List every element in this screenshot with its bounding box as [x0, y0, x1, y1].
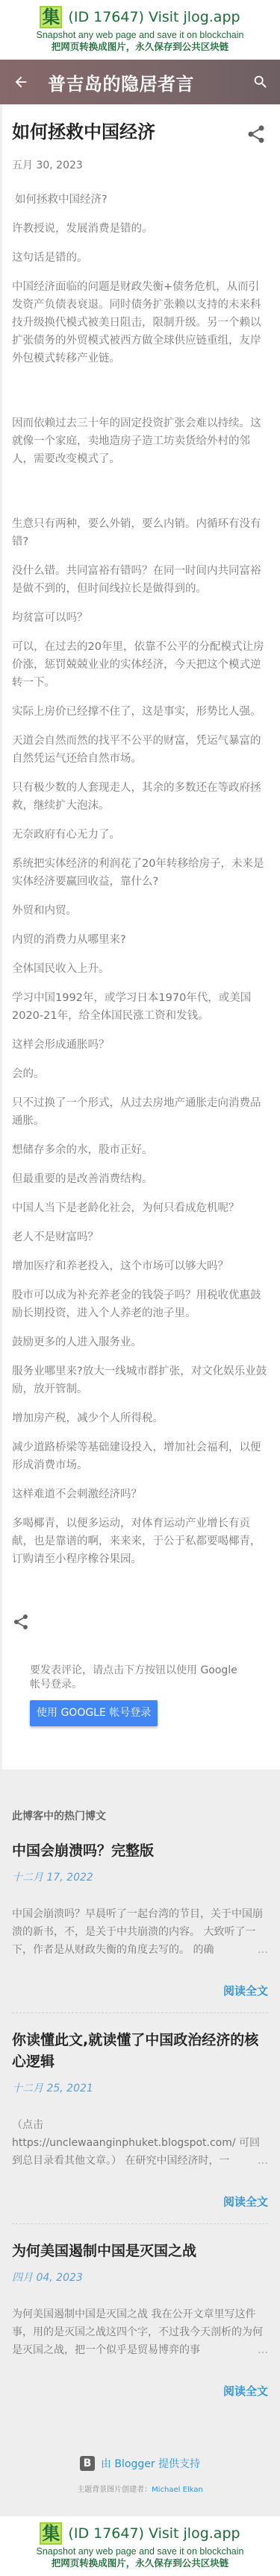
popular-post-date[interactable]: 四月 04, 2023 [12, 2271, 268, 2285]
popular-post-title[interactable]: 你读懂此文,就读懂了中国政治经济的核心逻辑 [12, 2030, 268, 2073]
post-paragraph: 因而依赖过去三十年的固定投资扩张会难以持续。这就像一个家庭，卖地造房子造工坊卖货… [12, 414, 268, 468]
theme-credit-prefix: 主题背景图片创建者： [77, 2486, 152, 2494]
post-paragraph: 内贸的消费力从哪里来? [12, 931, 268, 949]
powered-by-text: 由 Blogger 提供支持 [101, 2456, 200, 2471]
search-icon [252, 74, 269, 90]
post-paragraph: 均贫富可以吗？ [12, 609, 268, 627]
app-header: 普吉岛的隐居者言 [0, 60, 280, 104]
blog-title[interactable]: 普吉岛的隐居者言 [42, 69, 241, 95]
popular-posts-section: 此博客中的热门博文 中国会崩溃吗？完整版 十二月 17, 2022 中国会崩溃吗… [0, 1770, 280, 2413]
post-paragraph: 可以，在过去的20年里，依靠不公平的分配模式让房价涨，惩罚兢兢业业的实体经济，今… [12, 638, 268, 692]
post-paragraph: 没什么错。共同富裕有错吗？在同一时间内共同富裕是做不到的，但时间线拉长是做得到的… [12, 562, 268, 598]
post-paragraph: 许教授说，发展消费是错的。 [12, 220, 268, 238]
ellipsis-icon: … [258, 2152, 268, 2170]
share-icon[interactable] [246, 124, 267, 145]
popular-post-item: 中国会崩溃吗？完整版 十二月 17, 2022 中国会崩溃吗？早晨听了一起台湾的… [12, 1824, 268, 2013]
post-paragraph: 减少道路桥梁等基础建设投入，增加社会福利，以便形成消费市场。 [12, 1439, 268, 1474]
post-paragraph: 无奈政府有心无力了。 [12, 826, 268, 844]
read-more-link[interactable]: 阅读全文 [12, 1983, 268, 1999]
post-paragraph: 老人不是财富吗？ [12, 1228, 268, 1246]
jlog-logo-icon: 集 [40, 6, 62, 28]
post-header: 如何拯救中国经济 [12, 104, 268, 145]
post-paragraph: 全体国民收入上升。 [12, 960, 268, 978]
arrow-left-icon [13, 74, 29, 90]
jlog-banner-id-text: (ID 17647) Visit jlog.app [68, 2523, 240, 2544]
jlog-banner-tagline-en: Snapshot any web page and save it on blo… [0, 30, 280, 41]
powered-by-blogger-link[interactable]: B 由 Blogger 提供支持 [0, 2456, 280, 2471]
ellipsis-icon: … [258, 2341, 268, 2359]
ellipsis-icon: … [258, 1941, 268, 1959]
jlog-banner-id-text: (ID 17647) Visit jlog.app [68, 7, 240, 28]
theme-credit: 主题背景图片创建者：Michael Elkan [0, 2483, 280, 2494]
jlog-banner-tagline-zh: 把网页转换成图片，永久保存到公共区块链 [0, 41, 280, 52]
post-paragraph: 这样难道不会刺激经济吗？ [12, 1486, 268, 1503]
blogger-logo-icon: B [80, 2456, 95, 2471]
post-paragraph: 鼓励更多的人进入服务业。 [12, 1333, 268, 1351]
search-button[interactable] [241, 60, 280, 104]
post-paragraph: 股市可以成为补充养老金的钱袋子吗？用税收优惠鼓励长期投资，进入个人养老的池子里。 [12, 1287, 268, 1322]
jlog-banner-tagline-en: Snapshot any web page and save it on blo… [0, 2546, 280, 2557]
post-paragraph: 这样会形成通胀吗？ [12, 1036, 268, 1054]
popular-post-item: 你读懂此文,就读懂了中国政治经济的核心逻辑 十二月 25, 2021 （点击 h… [12, 2013, 268, 2224]
popular-post-title[interactable]: 为何美国遏制中国是灭国之战 [12, 2241, 268, 2262]
jlog-logo-icon: 集 [40, 2522, 62, 2545]
jlog-banner-tagline-zh: 把网页转换成图片，永久保存到公共区块链 [0, 2557, 280, 2569]
popular-post-snippet-text: 中国会崩溃吗？早晨听了一起台湾的节目，关于中国崩溃的新书，不，是关于中共崩溃的内… [12, 1908, 263, 1956]
post-paragraph: 增加房产税，减少个人所得税。 [12, 1409, 268, 1427]
popular-post-snippet-text: 为何美国遏制中国是灭国之战 我在公开文章里写这件事，用的是灭国之战这四个字，不过… [12, 2308, 263, 2356]
post-paragraph: 只不过换了一个形式，从过去房地产通胀走向消费品通胀。 [12, 1094, 268, 1130]
popular-post-snippet-text: （点击 https://unclewaanginphuket.blogspot.… [12, 2119, 260, 2167]
jlog-banner-top: 集 (ID 17647) Visit jlog.app Snapshot any… [0, 0, 280, 60]
back-button[interactable] [0, 60, 42, 104]
post-paragraph: 增加医疗和养老投入，这个市场可以够大吗？ [12, 1257, 268, 1275]
post-paragraph: 多喝椰青，以便多运动，对体育运动产业增长有贡献，也是靠谱的啊，来来来，于公于私都… [12, 1515, 268, 1568]
popular-post-snippet: 中国会崩溃吗？早晨听了一起台湾的节目，关于中国崩溃的新书，不，是关于中共崩溃的内… [12, 1905, 268, 1959]
share-icon[interactable] [12, 1613, 30, 1631]
post-date[interactable]: 五月 30, 2023 [12, 158, 268, 173]
post-paragraph: 中国经济面临的问题是财政失衡+债务危机，从而引发资产负债表衰退。同时债务扩张赖以… [12, 278, 268, 367]
post-paragraph: 但最重要的是改善消费结构。 [12, 1170, 268, 1188]
popular-posts-heading: 此博客中的热门博文 [12, 1770, 268, 1824]
theme-credit-author-link[interactable]: Michael Elkan [152, 2486, 203, 2494]
google-login-button[interactable]: 使用 GOOGLE 帐号登录 [30, 1700, 158, 1726]
post-paragraph: 服务业哪里来?放大一线城市群扩张，对文化娱乐业鼓励，放开管制。 [12, 1363, 268, 1398]
popular-post-item: 为何美国遏制中国是灭国之战 四月 04, 2023 为何美国遏制中国是灭国之战 … [12, 2224, 268, 2413]
jlog-banner-bottom: 集 (ID 17647) Visit jlog.app Snapshot any… [0, 2516, 280, 2576]
popular-post-snippet: （点击 https://unclewaanginphuket.blogspot.… [12, 2116, 268, 2170]
popular-post-date[interactable]: 十二月 25, 2021 [12, 2082, 268, 2095]
post-paragraph: 学习中国1992年，或学习日本1970年代，或美国2020-21年，给全体国民涨… [12, 989, 268, 1025]
post-paragraph: 想储存多余的水，股市正好。 [12, 1141, 268, 1159]
read-more-link[interactable]: 阅读全文 [12, 2383, 268, 2399]
post-paragraph: 会的。 [12, 1065, 268, 1083]
post-body: 如何拯救中国经济? 许教授说，发展消费是错的。 这句话是错的。 中国经济面临的问… [12, 191, 268, 1568]
post-paragraph: 天道会自然而然的找平不公平的财富，凭运气暴富的自然凭运气还给自然市场。 [12, 732, 268, 768]
popular-post-title[interactable]: 中国会崩溃吗？完整版 [12, 1840, 268, 1862]
jlog-banner-title[interactable]: 集 (ID 17647) Visit jlog.app [0, 2522, 280, 2545]
post-card: 如何拯救中国经济 五月 30, 2023 如何拯救中国经济? 许教授说，发展消费… [0, 104, 280, 1770]
post-paragraph: 如何拯救中国经济? [12, 191, 268, 209]
post-paragraph: 这句话是错的。 [12, 249, 268, 267]
post-paragraph: 实际上房价已经撑不住了，这是事实，形势比人强。 [12, 703, 268, 721]
post-paragraph: 只有极少数的人套现走人，其余的多数还在等政府拯救，继续扩大泡沫。 [12, 779, 268, 815]
popular-post-date[interactable]: 十二月 17, 2022 [12, 1871, 268, 1884]
post-paragraph: 外贸和内贸。 [12, 902, 268, 920]
comment-section: 要发表评论，请点击下方按钮以使用 Google 帐号登录。 使用 GOOGLE … [12, 1634, 268, 1770]
popular-post-snippet: 为何美国遏制中国是灭国之战 我在公开文章里写这件事，用的是灭国之战这四个字，不过… [12, 2305, 268, 2359]
post-title: 如何拯救中国经济 [12, 119, 155, 145]
comment-login-hint: 要发表评论，请点击下方按钮以使用 Google 帐号登录。 [30, 1664, 246, 1692]
post-paragraph: 系统把实体经济的利润花了20年转移给房子，未来是实体经济要赢回收益，靠什么? [12, 855, 268, 891]
blog-footer: B 由 Blogger 提供支持 主题背景图片创建者：Michael Elkan [0, 2413, 280, 2516]
post-paragraph: 生意只有两种，要么外销，要么内销。内循环有没有错? [12, 515, 268, 551]
jlog-banner-title[interactable]: 集 (ID 17647) Visit jlog.app [0, 6, 280, 28]
read-more-link[interactable]: 阅读全文 [12, 2194, 268, 2210]
post-paragraph: 中国人当下是老龄化社会，为何只看成危机呢？ [12, 1199, 268, 1217]
